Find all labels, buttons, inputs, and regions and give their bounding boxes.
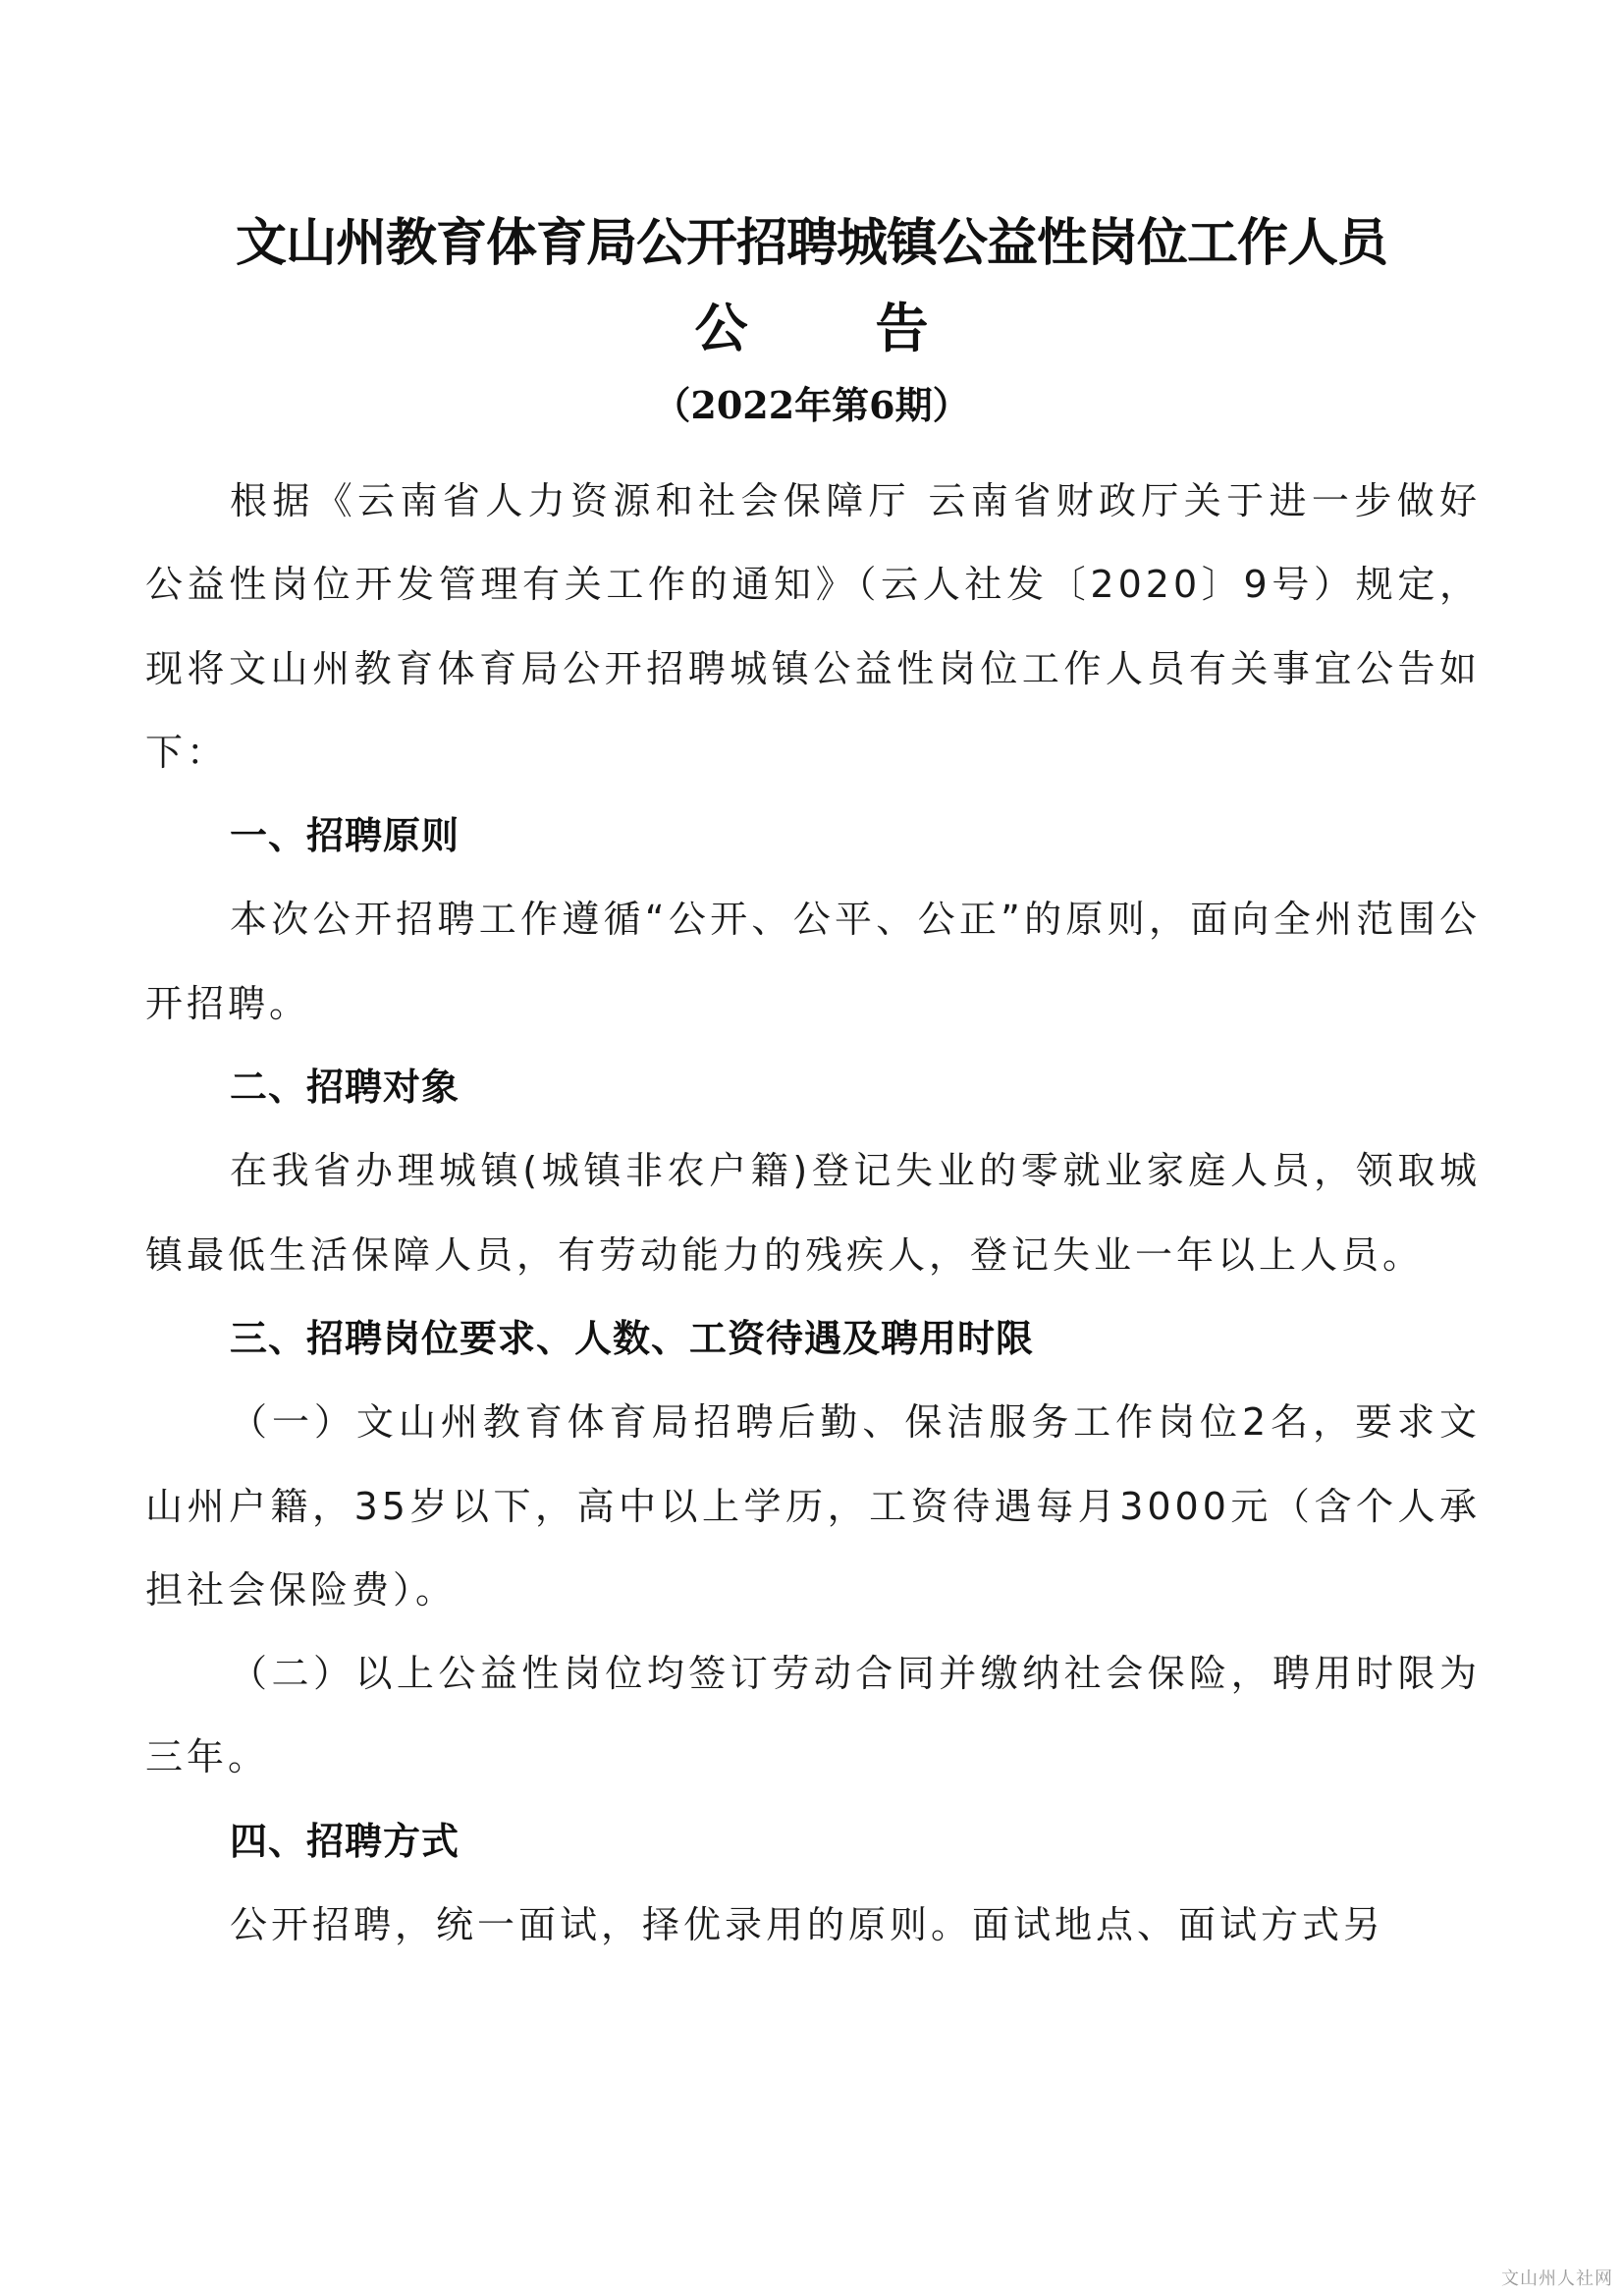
- subtitle-char-1: 公: [695, 297, 748, 359]
- site-watermark: 文山州人社网: [1501, 2265, 1613, 2290]
- section-paragraph: 公开招聘，统一面试，择优录用的原则。面试地点、面试方式另: [145, 1884, 1481, 1967]
- intro-paragraph: 根据《云南省人力资源和社会保障厅 云南省财政厅关于进一步做好公益性岗位开发管理有…: [145, 460, 1481, 794]
- subtitle-char-2: 告: [876, 297, 929, 359]
- section-heading-targets: 二、招聘对象: [145, 1046, 1481, 1129]
- section-paragraph: （一）文山州教育体育局招聘后勤、保洁服务工作岗位2名，要求文山州户籍，35岁以下…: [145, 1381, 1481, 1632]
- issue-number: （2022年第6期）: [0, 375, 1623, 429]
- document-body: 根据《云南省人力资源和社会保障厅 云南省财政厅关于进一步做好公益性岗位开发管理有…: [145, 460, 1481, 1967]
- section-heading-principles: 一、招聘原则: [145, 794, 1481, 878]
- section-paragraph: 本次公开招聘工作遵循“公开、公平、公正”的原则，面向全州范围公开招聘。: [145, 878, 1481, 1046]
- section-heading-positions: 三、招聘岗位要求、人数、工资待遇及聘用时限: [145, 1297, 1481, 1381]
- document-subtitle: 公告: [0, 287, 1623, 362]
- section-heading-method: 四、招聘方式: [145, 1800, 1481, 1884]
- document-title: 文山州教育体育局公开招聘城镇公益性岗位工作人员: [0, 201, 1623, 275]
- section-paragraph: 在我省办理城镇(城镇非农户籍)登记失业的零就业家庭人员，领取城镇最低生活保障人员…: [145, 1129, 1481, 1297]
- section-paragraph: （二）以上公益性岗位均签订劳动合同并缴纳社会保险，聘用时限为三年。: [145, 1632, 1481, 1800]
